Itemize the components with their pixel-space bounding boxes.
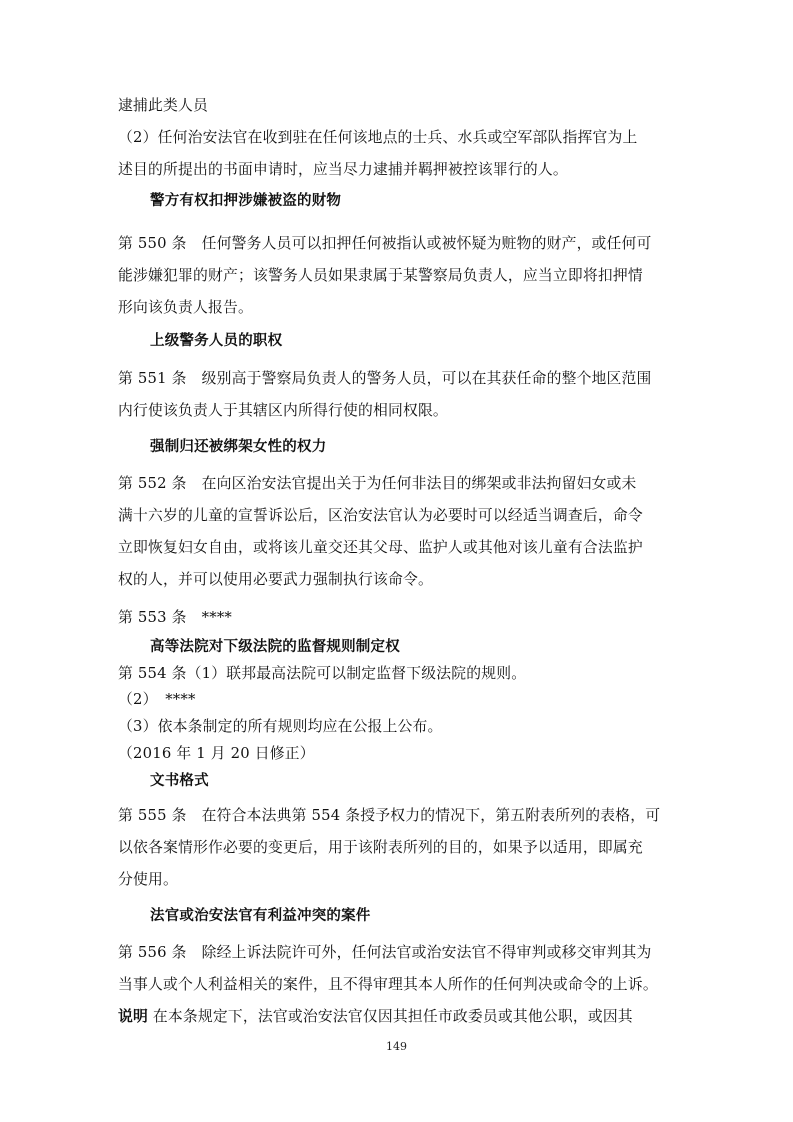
body-line: 分使用。	[118, 870, 178, 890]
article-555: 第 555 条 在符合本法典第 554 条授予权力的情况下，第五附表所列的表格，…	[118, 806, 660, 826]
body-line: 形向该负责人报告。	[118, 298, 253, 318]
body-line: 内行使该负责人于其辖区内所得行使的相同权限。	[118, 401, 448, 421]
explanation-line: 说明 在本条规定下，法官或治安法官仅因其担任市政委员或其他公职，或因其	[118, 1007, 633, 1027]
section-heading: 上级警务人员的职权	[150, 331, 282, 351]
section-heading: 强制归还被绑架女性的权力	[150, 437, 326, 457]
body-line: 当事人或个人利益相关的案件，且不得审理其本人所作的任何判决或命令的上诉。	[118, 975, 658, 995]
section-heading: 高等法院对下级法院的监督规则制定权	[150, 637, 400, 657]
explanation-text: 在本条规定下，法官或治安法官仅因其担任市政委员或其他公职，或因其	[153, 1008, 633, 1025]
body-line: 述目的所提出的书面申请时，应当尽力逮捕并羁押被控该罪行的人。	[118, 160, 568, 180]
body-line: 以依各案情形作必要的变更后，用于该附表所列的目的，如果予以适用，即属充	[118, 838, 643, 858]
section-heading: 警方有权扣押涉嫌被盗的财物	[150, 191, 341, 211]
body-line: 立即恢复妇女自由，或将该儿童交还其父母、监护人或其他对该儿童有合法监护	[118, 538, 643, 558]
body-line: （3）依本条制定的所有规则均应在公报上公布。	[118, 717, 443, 737]
article-552: 第 552 条 在向区治安法官提出关于为任何非法目的绑架或非法拘留妇女或未	[118, 474, 637, 494]
article-550: 第 550 条 任何警务人员可以扣押任何被指认或被怀疑为赃物的财产，或任何可	[118, 234, 652, 254]
body-line: 满十六岁的儿童的宣誓诉讼后，区治安法官认为必要时可以经适当调查后，命令	[118, 506, 643, 526]
page-number: 149	[0, 1040, 793, 1053]
explanation-label: 说明	[118, 1008, 148, 1025]
body-line: 权的人，并可以使用必要武力强制执行该命令。	[118, 570, 433, 590]
article-551: 第 551 条 级别高于警察局负责人的警务人员，可以在其获任命的整个地区范围	[118, 369, 652, 389]
body-line: 逮捕此类人员	[118, 96, 208, 116]
amendment-note: （2016 年 1 月 20 日修正）	[118, 744, 315, 764]
body-line: 能涉嫌犯罪的财产；该警务人员如果隶属于某警察局负责人，应当立即将扣押情	[118, 266, 643, 286]
article-554: 第 554 条（1）联邦最高法院可以制定监督下级法院的规则。	[118, 664, 526, 684]
body-line: （2） ****	[118, 690, 196, 710]
body-line: （2）任何治安法官在收到驻在任何该地点的士兵、水兵或空军部队指挥官为上	[118, 128, 638, 148]
article-556: 第 556 条 除经上诉法院许可外，任何法官或治安法官不得审判或移交审判其为	[118, 943, 652, 963]
article-553: 第 553 条 ****	[118, 608, 232, 628]
section-heading: 文书格式	[150, 771, 209, 791]
section-heading: 法官或治安法官有利益冲突的案件	[150, 906, 371, 926]
